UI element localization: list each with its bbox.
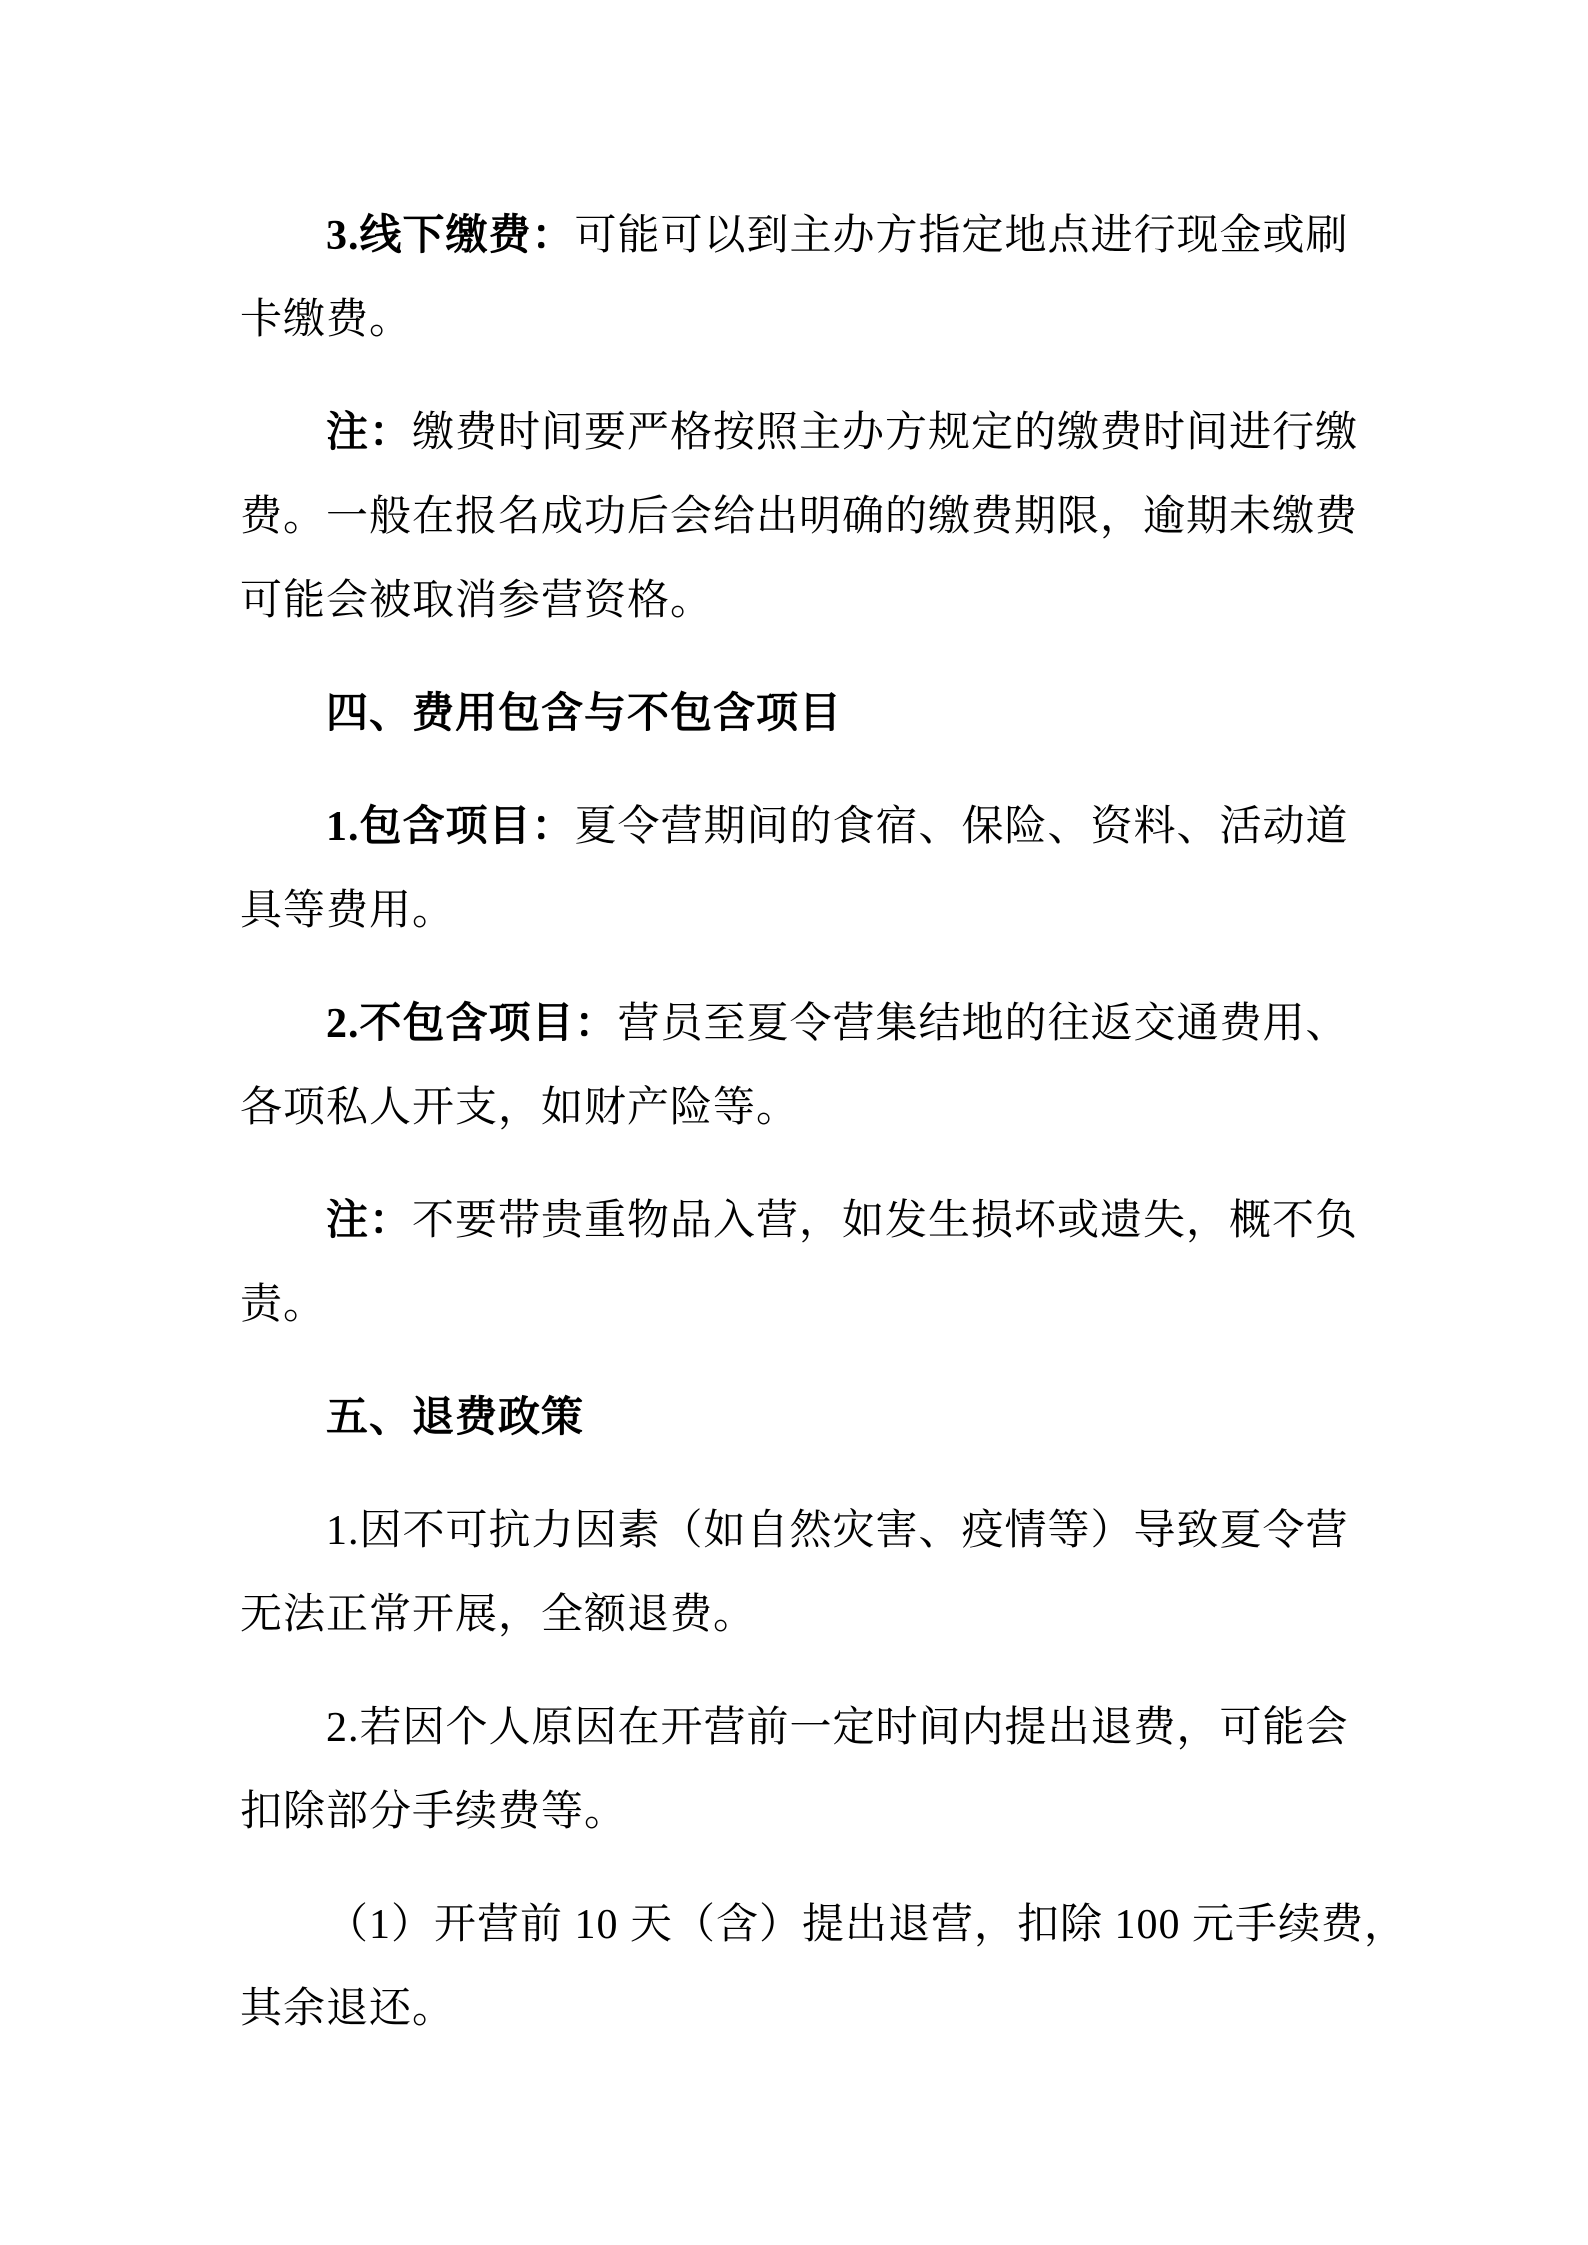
line-text: 不要带贵重物品入营，如发生损坏或遗失，概不负 [412,1198,1358,1244]
paragraph-payment-note: 注：缴费时间要严格按照主办方规定的缴费时间进行缴 费。一般在报名成功后会给出明确… [240,391,1370,643]
text-line: 责。 [240,1263,1370,1347]
paragraph-excluded-items: 2.不包含项目：营员至夏令营集结地的往返交通费用、 各项私人开支，如财产险等。 [240,982,1370,1150]
paragraph-included-items: 1.包含项目：夏令营期间的食宿、保险、资料、活动道 具等费用。 [240,785,1370,953]
section-heading-fees: 四、费用包含与不包含项目 [240,672,1370,756]
line-text: 缴费时间要严格按照主办方规定的缴费时间进行缴 [412,410,1358,456]
text-line: 1.包含项目：夏令营期间的食宿、保险、资料、活动道 [240,785,1370,869]
text-line: 其余退还。 [240,1967,1370,2051]
bold-lead: 2.不包含项目： [326,1001,618,1047]
heading-text: 四、费用包含与不包含项目 [240,672,1370,756]
text-line: 3.线下缴费：可能可以到主办方指定地点进行现金或刷 [240,194,1370,278]
text-line: 注：不要带贵重物品入营，如发生损坏或遗失，概不负 [240,1179,1370,1263]
paragraph-personal-reason: 2.若因个人原因在开营前一定时间内提出退费，可能会 扣除部分手续费等。 [240,1686,1370,1854]
text-line: 扣除部分手续费等。 [240,1770,1370,1854]
text-line: 费。一般在报名成功后会给出明确的缴费期限，逾期未缴费 [240,475,1370,559]
paragraph-valuables-note: 注：不要带贵重物品入营，如发生损坏或遗失，概不负 责。 [240,1179,1370,1347]
section-heading-refund-policy: 五、退费政策 [240,1376,1370,1460]
paragraph-force-majeure: 1.因不可抗力因素（如自然灾害、疫情等）导致夏令营 无法正常开展，全额退费。 [240,1489,1370,1657]
document-content: 3.线下缴费：可能可以到主办方指定地点进行现金或刷 卡缴费。 注：缴费时间要严格… [240,194,1370,2080]
bold-lead: 1.包含项目： [326,804,575,850]
text-line: 2.不包含项目：营员至夏令营集结地的往返交通费用、 [240,982,1370,1066]
paragraph-offline-payment: 3.线下缴费：可能可以到主办方指定地点进行现金或刷 卡缴费。 [240,194,1370,362]
bold-lead: 3.线下缴费： [326,213,575,259]
text-line: 注：缴费时间要严格按照主办方规定的缴费时间进行缴 [240,391,1370,475]
text-line: 具等费用。 [240,869,1370,953]
text-line: 1.因不可抗力因素（如自然灾害、疫情等）导致夏令营 [240,1489,1370,1573]
text-line: 各项私人开支，如财产险等。 [240,1066,1370,1150]
text-line: （1）开营前 10 天（含）提出退营，扣除 100 元手续费， [240,1883,1370,1967]
text-line: 卡缴费。 [240,278,1370,362]
line-text: 夏令营期间的食宿、保险、资料、活动道 [575,804,1349,850]
document-page: 3.线下缴费：可能可以到主办方指定地点进行现金或刷 卡缴费。 注：缴费时间要严格… [0,0,1588,2245]
text-line: 可能会被取消参营资格。 [240,559,1370,643]
text-line: 无法正常开展，全额退费。 [240,1573,1370,1657]
paragraph-refund-rule-1: （1）开营前 10 天（含）提出退营，扣除 100 元手续费， 其余退还。 [240,1883,1370,2051]
line-text: 可能可以到主办方指定地点进行现金或刷 [575,213,1349,259]
heading-text: 五、退费政策 [240,1376,1370,1460]
bold-lead: 注： [326,410,412,456]
text-line: 2.若因个人原因在开营前一定时间内提出退费，可能会 [240,1686,1370,1770]
bold-lead: 注： [326,1198,412,1244]
line-text: 营员至夏令营集结地的往返交通费用、 [618,1001,1349,1047]
